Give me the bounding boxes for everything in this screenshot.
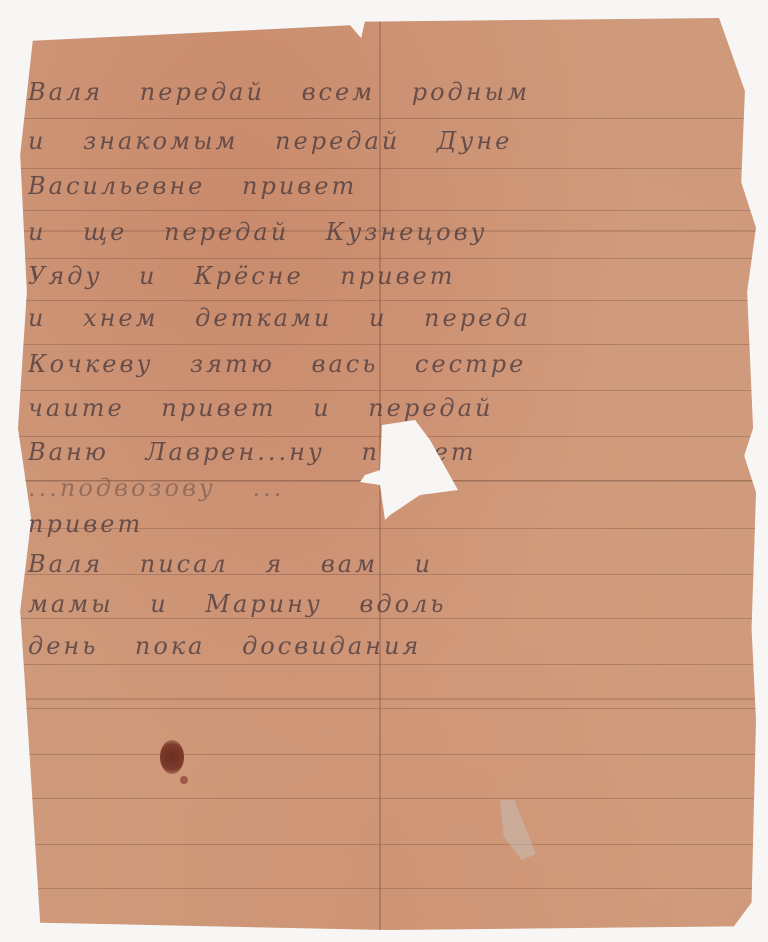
letter-line: Валя писал я вам и [28,550,748,578]
letter-line: Уяду и Крёсне привет [28,262,748,290]
letter-line: и ще передай Кузнецову [28,218,748,246]
letter-line: чаите привет и передай [28,394,748,422]
letter-line: и хнем детками и переда [28,304,748,332]
letter-line: Васильевне привет [28,172,748,200]
letter-line: и знакомым передай Дуне [28,127,748,155]
letter-line: мамы и Марину вдоль [28,590,748,618]
letter-line: Кочкеву зятю вась сестре [28,350,748,378]
horizontal-fold [18,698,756,700]
letter-line: Валя передай всем родным [28,78,748,106]
scanned-letter: Валя передай всем родным и знакомым пере… [0,0,768,942]
ink-stain [180,776,188,784]
ink-stain [160,740,184,774]
letter-line: день пока досвидания [28,632,748,660]
